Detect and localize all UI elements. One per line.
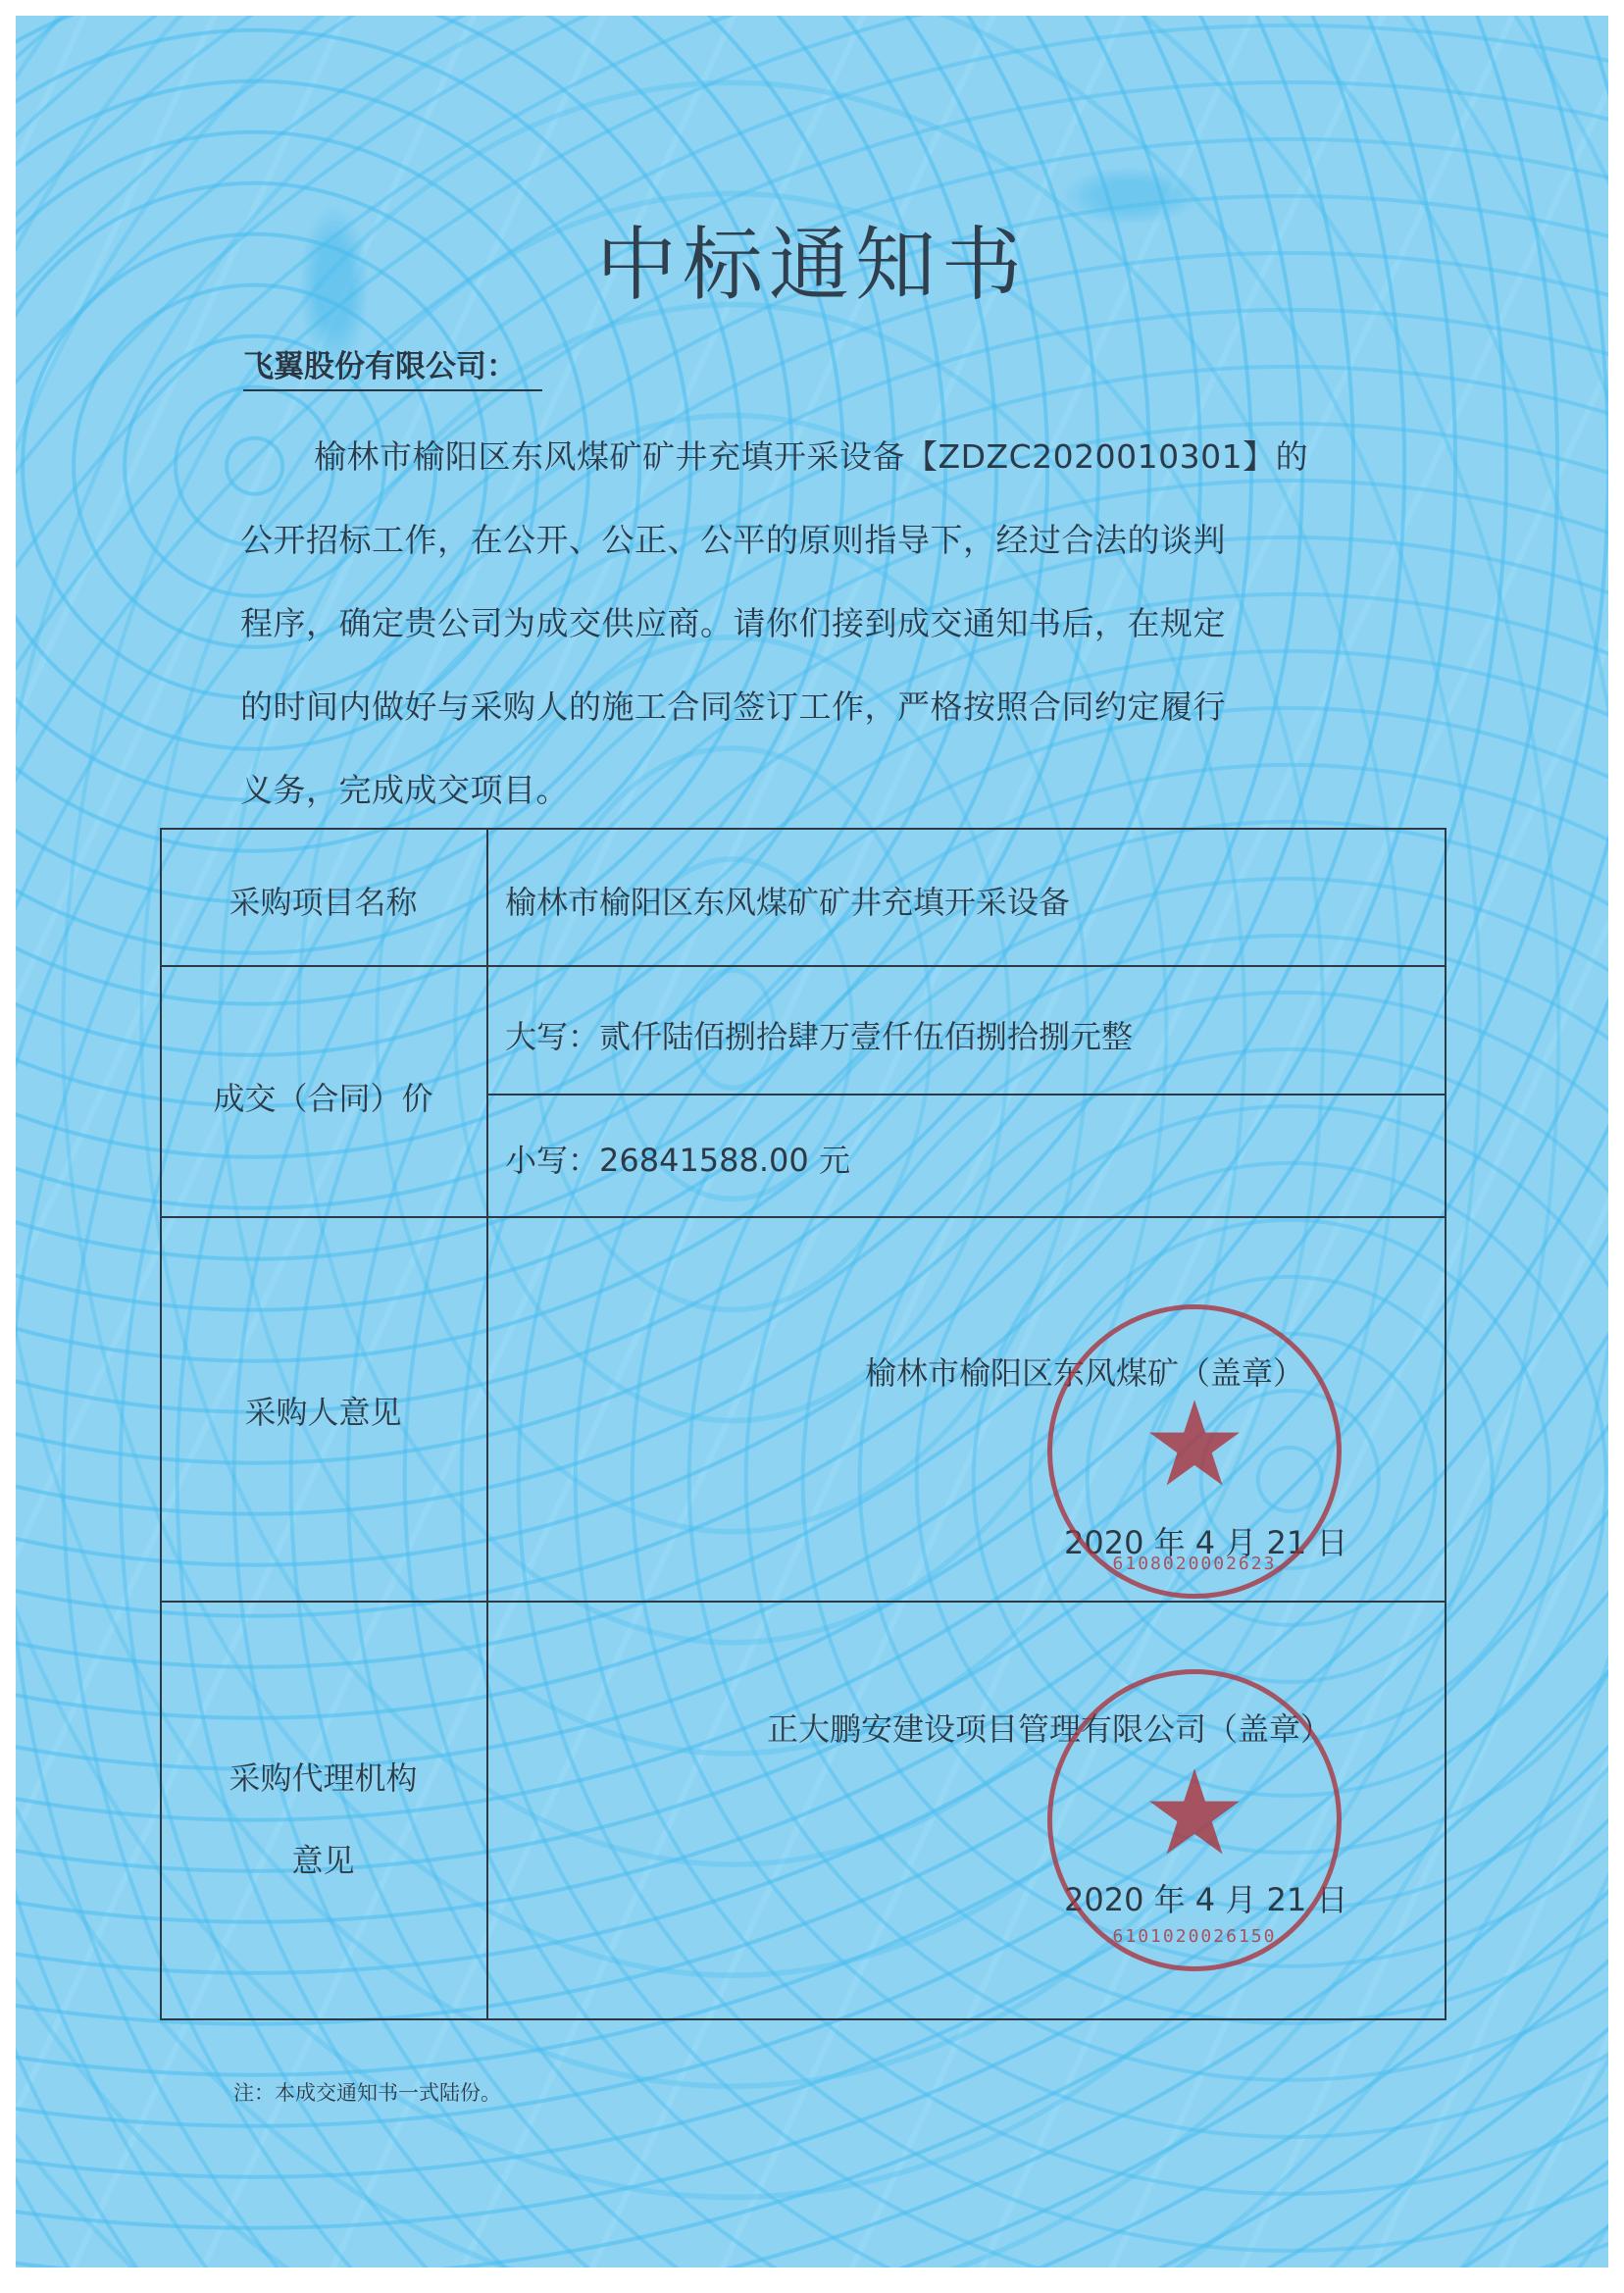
label-contract-price: 成交（合同）价 (160, 1074, 486, 1119)
body-line-2: 公开招标工作，在公开、公正、公平的原则指导下，经过合法的谈判 (240, 515, 1226, 561)
star-icon: ★ (1142, 1756, 1247, 1873)
label-buyer-opinion: 采购人意见 (160, 1388, 486, 1433)
table-price-split-divider (486, 1094, 1446, 1096)
buyer-seal: ★ 6108020002623 (1047, 1304, 1342, 1599)
value-project-name: 榆林市榆阳区东风煤矿矿井充填开采设备 (505, 878, 1070, 923)
body-line-4: 的时间内做好与采购人的施工合同签订工作，严格按照合同约定履行 (240, 682, 1226, 728)
body-line-5: 义务，完成成交项目。 (240, 765, 569, 811)
table-row-divider (160, 965, 1446, 967)
body-line-3: 程序，确定贵公司为成交供应商。请你们接到成交通知书后，在规定 (240, 598, 1226, 644)
star-icon: ★ (1142, 1387, 1247, 1504)
value-price-lower: 小写：26841588.00 元 (505, 1136, 850, 1181)
document-title: 中标通知书 (0, 201, 1624, 316)
table-row-divider (160, 1601, 1446, 1603)
addressee: 飞翼股份有限公司： (243, 341, 542, 391)
label-agency-opinion-line2: 意见 (160, 1836, 486, 1881)
table-row-divider (160, 1216, 1446, 1218)
footnote: 注：本成交通知书一式陆份。 (233, 2077, 501, 2107)
table-column-divider (486, 828, 488, 2020)
agency-seal: ★ 6101020026150 (1047, 1669, 1342, 1971)
label-project-name: 采购项目名称 (160, 878, 486, 923)
value-price-upper: 大写：贰仟陆佰捌拾肆万壹仟伍佰捌拾捌元整 (505, 1012, 1133, 1057)
seal-code: 6108020002623 (1052, 1554, 1337, 1574)
seal-code: 6101020026150 (1052, 1926, 1337, 1947)
body-line-1: 榆林市榆阳区东风煤矿矿井充填开采设备【ZDZC2020010301】的 (314, 432, 1308, 478)
label-agency-opinion-line1: 采购代理机构 (160, 1754, 486, 1799)
